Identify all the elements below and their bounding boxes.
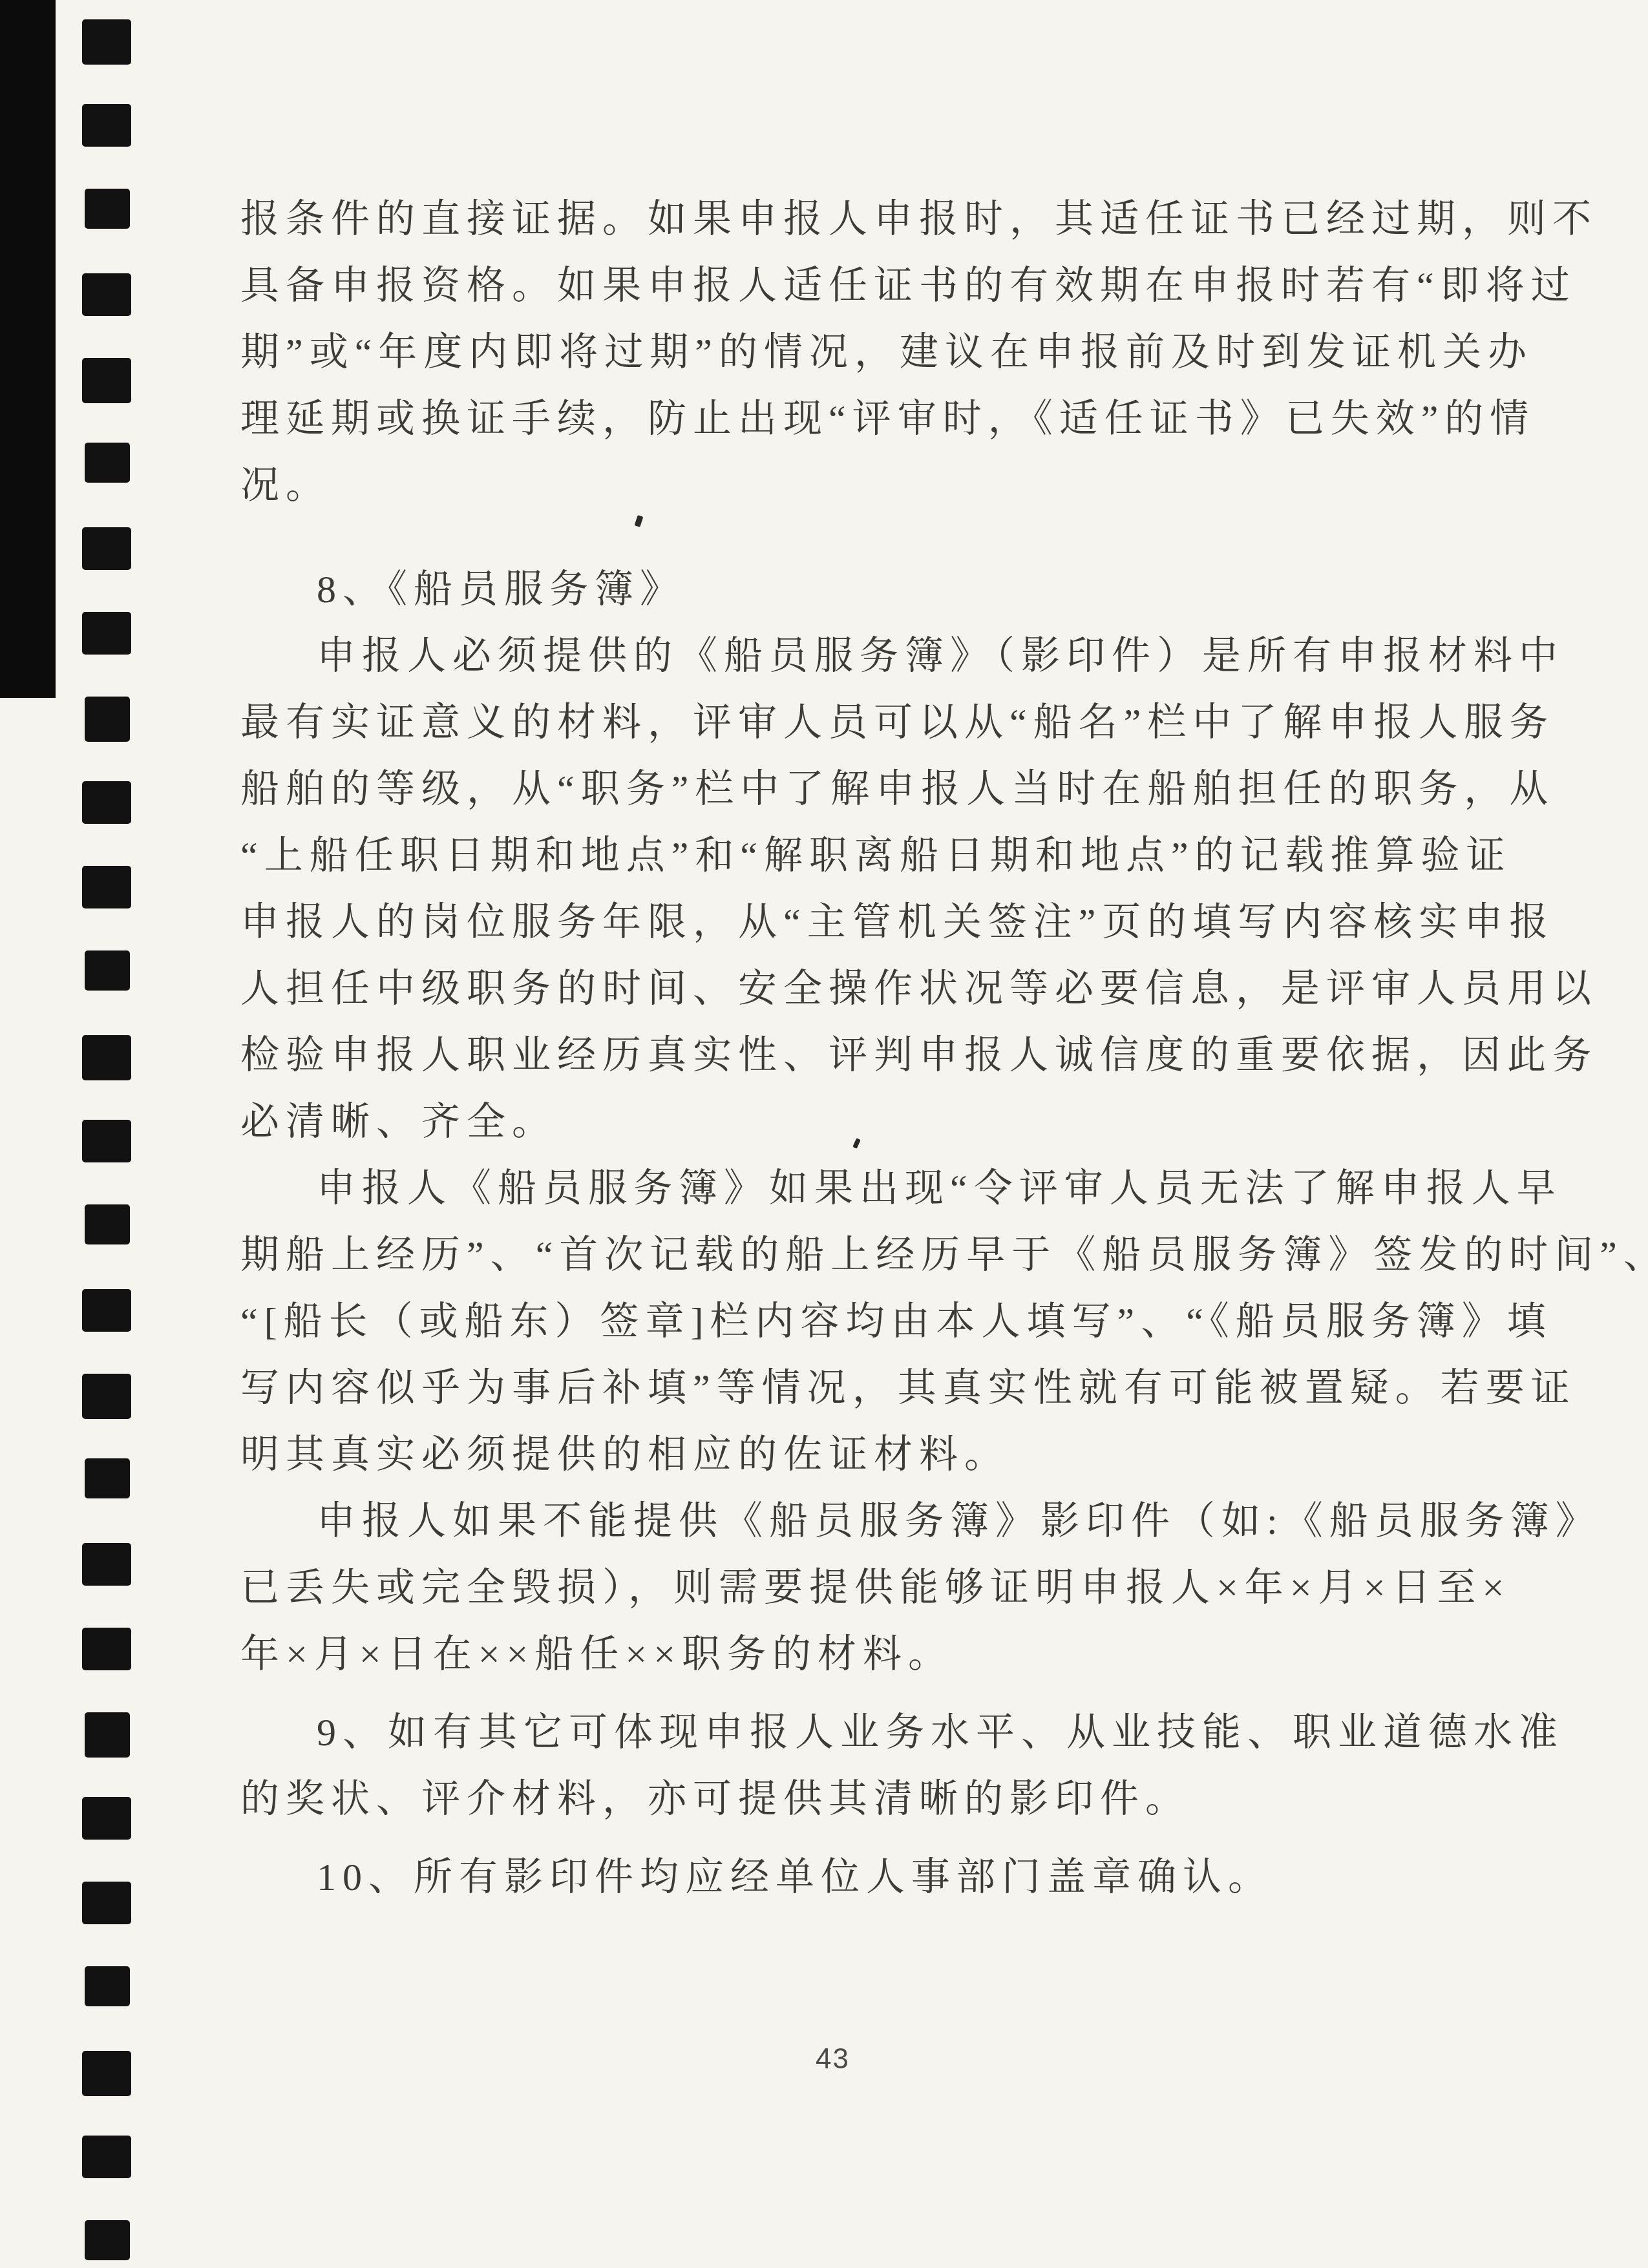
text-line: 船舶的等级，从“职务”栏中了解申报人当时在船舶担任的职务，从 xyxy=(240,756,1572,823)
binding-hole xyxy=(85,1966,130,2006)
text-line: 最有实证意义的材料，评审人员可以从“船名”栏中了解申报人服务 xyxy=(240,689,1572,756)
text-line: 期”或“年度内即将过期”的情况，建议在申报前及时到发证机关办 xyxy=(240,319,1572,386)
binding-hole xyxy=(85,1204,130,1244)
text-line: “上船任职日期和地点”和“解职离船日期和地点”的记载推算验证 xyxy=(240,823,1572,889)
text-line: 已丢失或完全毁损），则需要提供能够证明申报人×年×月×日至× xyxy=(240,1555,1572,1621)
binding-hole xyxy=(82,1543,131,1586)
binding-hole xyxy=(82,1797,131,1840)
scanned-document-page: 报条件的直接证据。如果申报人申报时，其适任证书已经过期，则不具备申报资格。如果申… xyxy=(0,0,1648,2268)
text-line: 申报人的岗位服务年限，从“主管机关签注”页的填写内容核实申报 xyxy=(240,889,1572,956)
binding-hole xyxy=(82,1882,131,1924)
binding-hole xyxy=(82,1035,131,1080)
text-line: 理延期或换证手续，防止出现“评审时，《适任证书》已失效”的情 xyxy=(240,386,1572,452)
binding-hole xyxy=(85,443,130,483)
text-line: 况。 xyxy=(240,452,1572,519)
binding-hole xyxy=(82,781,131,824)
binding-hole xyxy=(85,1712,130,1758)
text-block: 报条件的直接证据。如果申报人申报时，其适任证书已经过期，则不具备申报资格。如果申… xyxy=(240,186,1572,1911)
binding-hole xyxy=(85,1458,130,1498)
text-line: 必清晰、齐全。 xyxy=(240,1089,1572,1155)
binding-hole xyxy=(85,2220,130,2260)
binding-hole xyxy=(82,527,131,570)
binding-holes xyxy=(82,0,134,2268)
binding-hole xyxy=(82,104,131,147)
text-line: 年×月×日在××船任××职务的材料。 xyxy=(240,1621,1572,1688)
text-line: 8、《船员服务簿》 xyxy=(240,556,1572,623)
binding-hole xyxy=(82,2051,131,2096)
text-line: 申报人必须提供的《船员服务簿》（影印件）是所有申报材料中 xyxy=(240,623,1572,689)
text-line: 期船上经历”、“首次记载的船上经历早于《船员服务簿》签发的时间”、 xyxy=(240,1222,1572,1288)
text-line: “[船长（或船东）签章]栏内容均由本人填写”、“《船员服务簿》填 xyxy=(240,1288,1572,1355)
text-line: 的奖状、评介材料，亦可提供其清晰的影印件。 xyxy=(240,1766,1572,1832)
text-line: 9、如有其它可体现申报人业务水平、从业技能、职业道德水准 xyxy=(240,1699,1572,1766)
binding-hole xyxy=(82,612,131,655)
text-line: 申报人如果不能提供《船员服务簿》影印件（如:《船员服务簿》 xyxy=(240,1488,1572,1555)
binding-hole xyxy=(82,1628,131,1670)
binding-hole xyxy=(82,2136,131,2178)
binding-hole xyxy=(82,358,131,403)
text-line: 申报人《船员服务簿》如果出现“令评审人员无法了解申报人早 xyxy=(240,1155,1572,1222)
binding-hole xyxy=(85,189,130,229)
text-line: 具备申报资格。如果申报人适任证书的有效期在申报时若有“即将过 xyxy=(240,253,1572,319)
binding-hole xyxy=(85,950,130,991)
binding-hole xyxy=(85,697,130,742)
text-line: 10、所有影印件均应经单位人事部门盖章确认。 xyxy=(240,1844,1572,1911)
binding-hole xyxy=(82,1120,131,1162)
text-line: 人担任中级职务的时间、安全操作状况等必要信息，是评审人员用以 xyxy=(240,956,1572,1022)
text-line: 报条件的直接证据。如果申报人申报时，其适任证书已经过期，则不 xyxy=(240,186,1572,253)
binding-hole xyxy=(82,1289,131,1332)
binding-hole xyxy=(82,273,131,316)
binding-hole xyxy=(82,19,131,65)
text-line: 明其真实必须提供的相应的佐证材料。 xyxy=(240,1422,1572,1488)
binding-hole xyxy=(82,1374,131,1419)
scanner-edge-shadow xyxy=(0,0,56,698)
text-line: 写内容似乎为事后补填”等情况，其真实性就有可能被置疑。若要证 xyxy=(240,1355,1572,1422)
binding-hole xyxy=(82,866,131,908)
text-line: 检验申报人职业经历真实性、评判申报人诚信度的重要依据，因此务 xyxy=(240,1022,1572,1089)
page-number: 43 xyxy=(816,2043,850,2075)
